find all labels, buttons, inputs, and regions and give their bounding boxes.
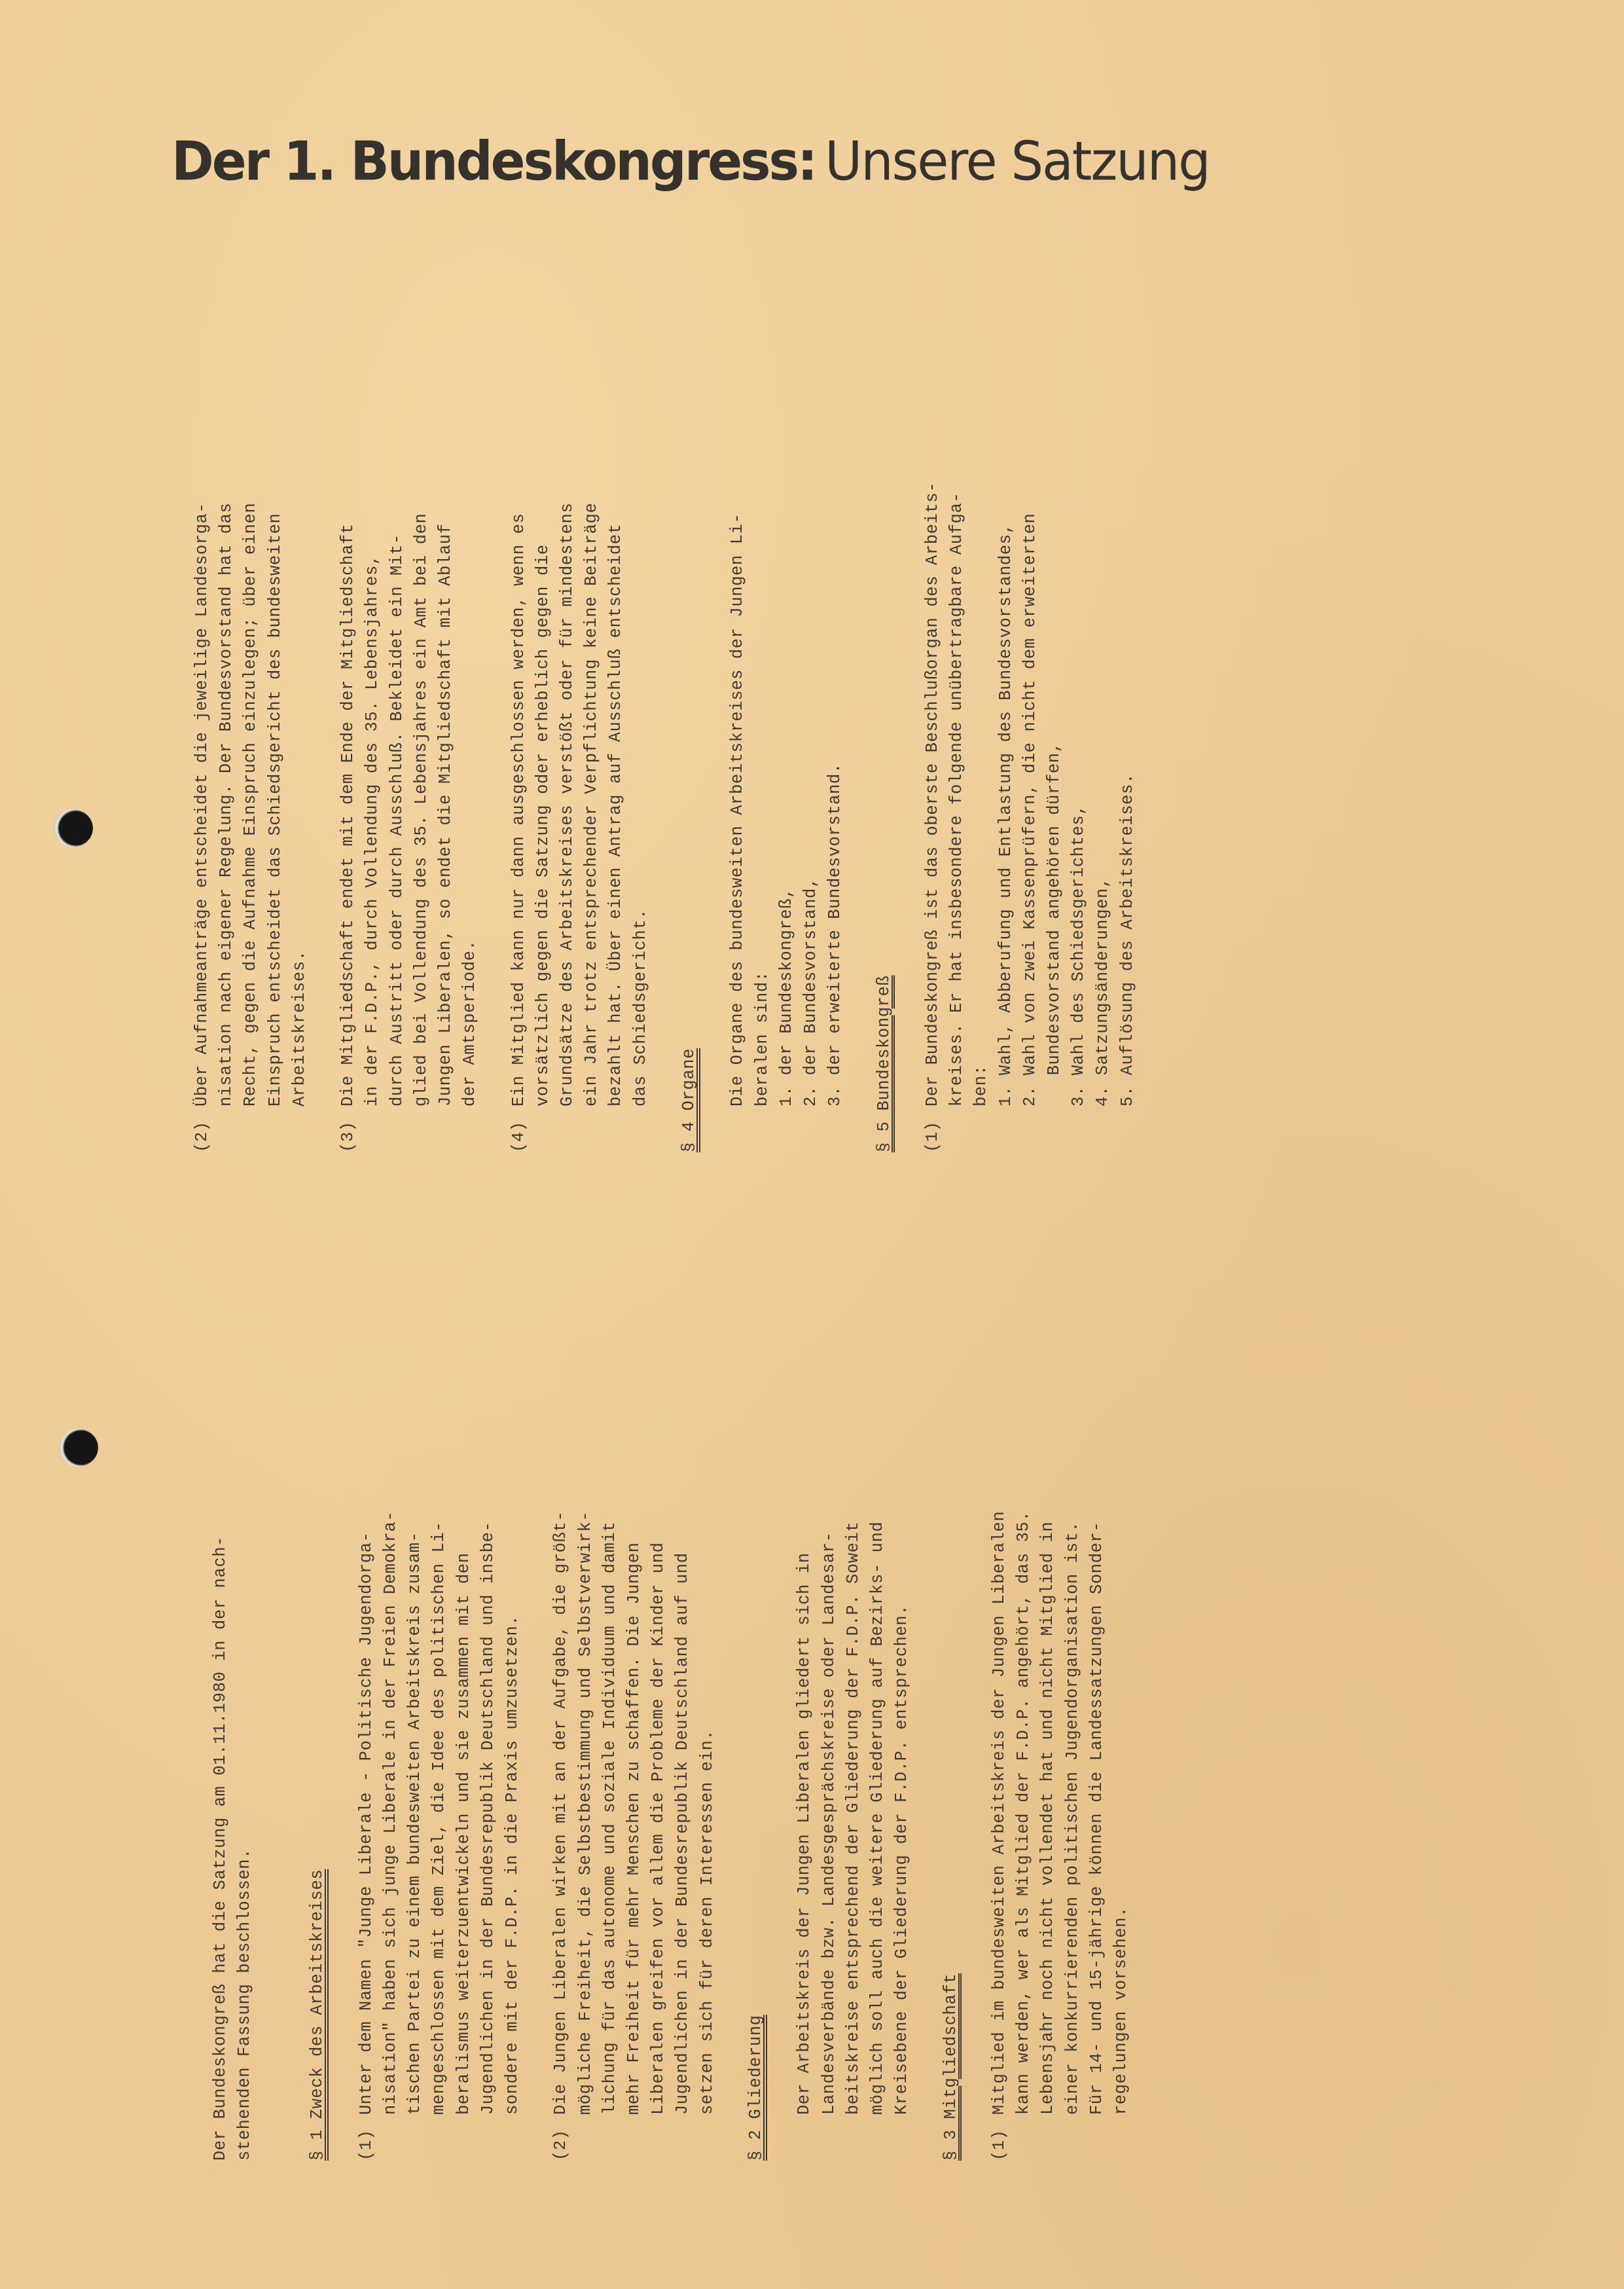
punch-hole-bottom [58,1429,98,1467]
section-5-para-1-line: kreises. Er hat insbesondere folgende un… [945,288,969,1152]
section-1-para-1-line: Jugendlichen in der Bundesrepublik Deuts… [476,1244,500,2161]
spacer [312,288,336,1152]
section-3-para-4-line: bezahlt hat. Über einen Antrag auf Aussc… [604,288,628,1152]
section-5-item-line: 4. Satzungsänderungen, [1091,288,1115,1152]
section-1-para-1-line: nisation" haben sich junge Liberale in d… [378,1244,403,2161]
section-5-item-line: Bundesvorstand angehören dürfen, [1042,288,1066,1152]
section-4-item-line: 1. der Bundeskongreß, [774,288,799,1152]
section-5-item-line: 1. Wahl, Abberufung und Entlastung des B… [994,288,1018,1152]
section-3-para-1-line: Lebensjahr noch nicht vollendet hat und … [1036,1244,1060,2161]
section-1-para-1-line: sondere mit der F.D.P. in die Praxis umz… [500,1244,524,2161]
section-5-heading: § 5 Bundeskongreß [872,288,896,1152]
section-1-para-2-line: mögliche Freiheit, die Selbstbestimmung … [573,1244,598,2161]
spacer [482,288,506,1152]
spacer [330,1244,354,2161]
section-1-para-1-line: beralismus weiterzuentwickeln und sie zu… [452,1244,476,2161]
section-3-para-4-line: (4)Ein Mitglied kann nur dann ausgeschlo… [507,288,531,1152]
section-4-item-line: 2. der Bundesvorstand, [799,288,823,1152]
title-sub: Unsere Satzung [825,131,1210,193]
section-3-heading: § 3 Mitgliedschaft [939,1244,963,2161]
section-3-para-2-line: nisation nach eigener Regelung. Der Bund… [214,288,238,1152]
paragraph-number: (1) [920,1107,945,1152]
section-3-para-1-line: (1)Mitglied im bundesweiten Arbeitskreis… [987,1244,1011,2161]
spacer [847,288,871,1152]
section-1-para-2-line: Jugendlichen in der Bundesrepublik Deuts… [670,1244,695,2161]
section-3-para-2-line: Recht, gegen die Aufnahme Einspruch einz… [238,288,262,1152]
section-1-para-2-line: lichung für das autonome und soziale Ind… [598,1244,622,2161]
section-3-para-4-line: Grundsätze des Arbeitskreises verstößt o… [555,288,579,1152]
section-3-para-4-line: ein Jahr trotz entsprechender Verpflicht… [579,288,604,1152]
section-3-para-4-line: das Schiedsgericht. [628,288,653,1152]
page-title: Der 1. Bundeskongress:Unsere Satzung [171,131,1210,193]
section-5-item-line: 5. Auflösung des Arbeitskreises. [1115,288,1140,1152]
section-1-para-1-line: mengeschlossen mit dem Ziel, die Idee de… [427,1244,451,2161]
section-3-para-3-line: (3)Die Mitgliedschaft endet mit dem Ende… [336,288,360,1152]
spacer [524,1244,549,2161]
spacer [768,1244,792,2161]
title-main: Der 1. Bundeskongress: [171,131,816,193]
spacer [257,1244,305,2161]
section-1-para-2-line: setzen sich für deren Interessen ein. [695,1244,719,2161]
spacer [719,1244,744,2161]
spacer [653,288,677,1152]
intro-line: Der Bundeskongreß hat die Satzung am 01.… [208,1244,232,2161]
section-2-para-line: Landesverbände bzw. Landesgesprächskreis… [817,1244,841,2161]
punch-hole-top [52,809,93,847]
section-5-item-line: 3. Wahl des Schiedsgerichtes, [1066,288,1091,1152]
section-3-para-3-line: der Amtsperiode. [458,288,482,1152]
section-2-para-line: Kreisebene der Gliederung der F.D.P. ent… [890,1244,914,2161]
section-1-heading: § 1 Zweck des Arbeitskreises [305,1244,329,2161]
paragraph-number: (3) [336,1107,360,1152]
intro-line: stehenden Fassung beschlossen. [232,1244,257,2161]
section-4-intro-line: beralen sind: [750,288,774,1152]
section-3-para-1-line: regelungen vorsehen. [1109,1244,1133,2161]
section-3-para-1-line: einer konkurrierenden politischen Jugend… [1060,1244,1085,2161]
section-3-para-4-line: vorsätzlich gegen die Satzung oder erheb… [531,288,555,1152]
section-4-heading: § 4 Organe [677,288,701,1152]
section-3-para-1-line: kann werden, wer als Mitglied der F.D.P.… [1011,1244,1036,2161]
section-1-para-2-line: mehr Freiheit für mehr Menschen zu schaf… [622,1244,646,2161]
spacer [914,1244,938,2161]
section-3-para-1-line: Für 14- und 15-jährige können die Landes… [1085,1244,1109,2161]
spacer [896,288,920,1152]
paragraph-number: (1) [987,2115,1011,2161]
section-3-para-2-line: (2)Über Aufnahmeanträge entscheidet die … [190,288,214,1152]
satzung-column-1: Der Bundeskongreß hat die Satzung am 01.… [208,1244,1133,2161]
section-3-para-3-line: Jungen Liberalen, so endet die Mitglieds… [433,288,458,1152]
section-2-heading: § 2 Gliederung [744,1244,768,2161]
section-4-intro-line: Die Organe des bundesweiten Arbeitskreis… [725,288,749,1152]
section-3-para-2-line: Einspruch entscheidet das Schiedsgericht… [263,288,287,1152]
section-3-para-3-line: in der F.D.P., durch Vollendung des 35. … [360,288,384,1152]
section-2-para-line: beitskreise entsprechend der Gliederung … [841,1244,865,2161]
section-3-para-3-line: durch Austritt oder durch Ausschluß. Bek… [385,288,409,1152]
section-5-item-line: 2. Wahl von zwei Kassenprüfern, die nich… [1018,288,1042,1152]
section-1-para-2-line: (2)Die Jungen Liberalen wirken mit an de… [549,1244,573,2161]
spacer [701,288,725,1152]
section-5-para-1-line: (1)Der Bundeskongreß ist das oberste Bes… [920,288,945,1152]
section-3-para-2-line: Arbeitskreises. [287,288,312,1152]
satzung-column-2: (2)Über Aufnahmeanträge entscheidet die … [190,288,1140,1152]
section-1-para-2-line: Liberalen greifen vor allem die Probleme… [646,1244,670,2161]
paragraph-number: (2) [549,2115,573,2161]
paragraph-number: (2) [190,1107,214,1152]
section-1-para-1-line: (1)Unter dem Namen "Junge Liberale - Pol… [354,1244,378,2161]
section-2-para-line: möglich soll auch die weitere Gliederung… [865,1244,890,2161]
spacer [963,1244,987,2161]
section-4-item-line: 3. der erweiterte Bundesvorstand. [823,288,847,1152]
section-2-para-line: Der Arbeitskreis der Jungen Liberalen gl… [792,1244,816,2161]
paragraph-number: (4) [507,1107,531,1152]
section-3-para-3-line: glied bei Vollendung des 35. Lebensjahre… [409,288,433,1152]
section-5-para-1-line: ben: [969,288,993,1152]
section-1-para-1-line: tischen Partei zu einem bundesweiten Arb… [403,1244,427,2161]
paragraph-number: (1) [354,2115,378,2161]
